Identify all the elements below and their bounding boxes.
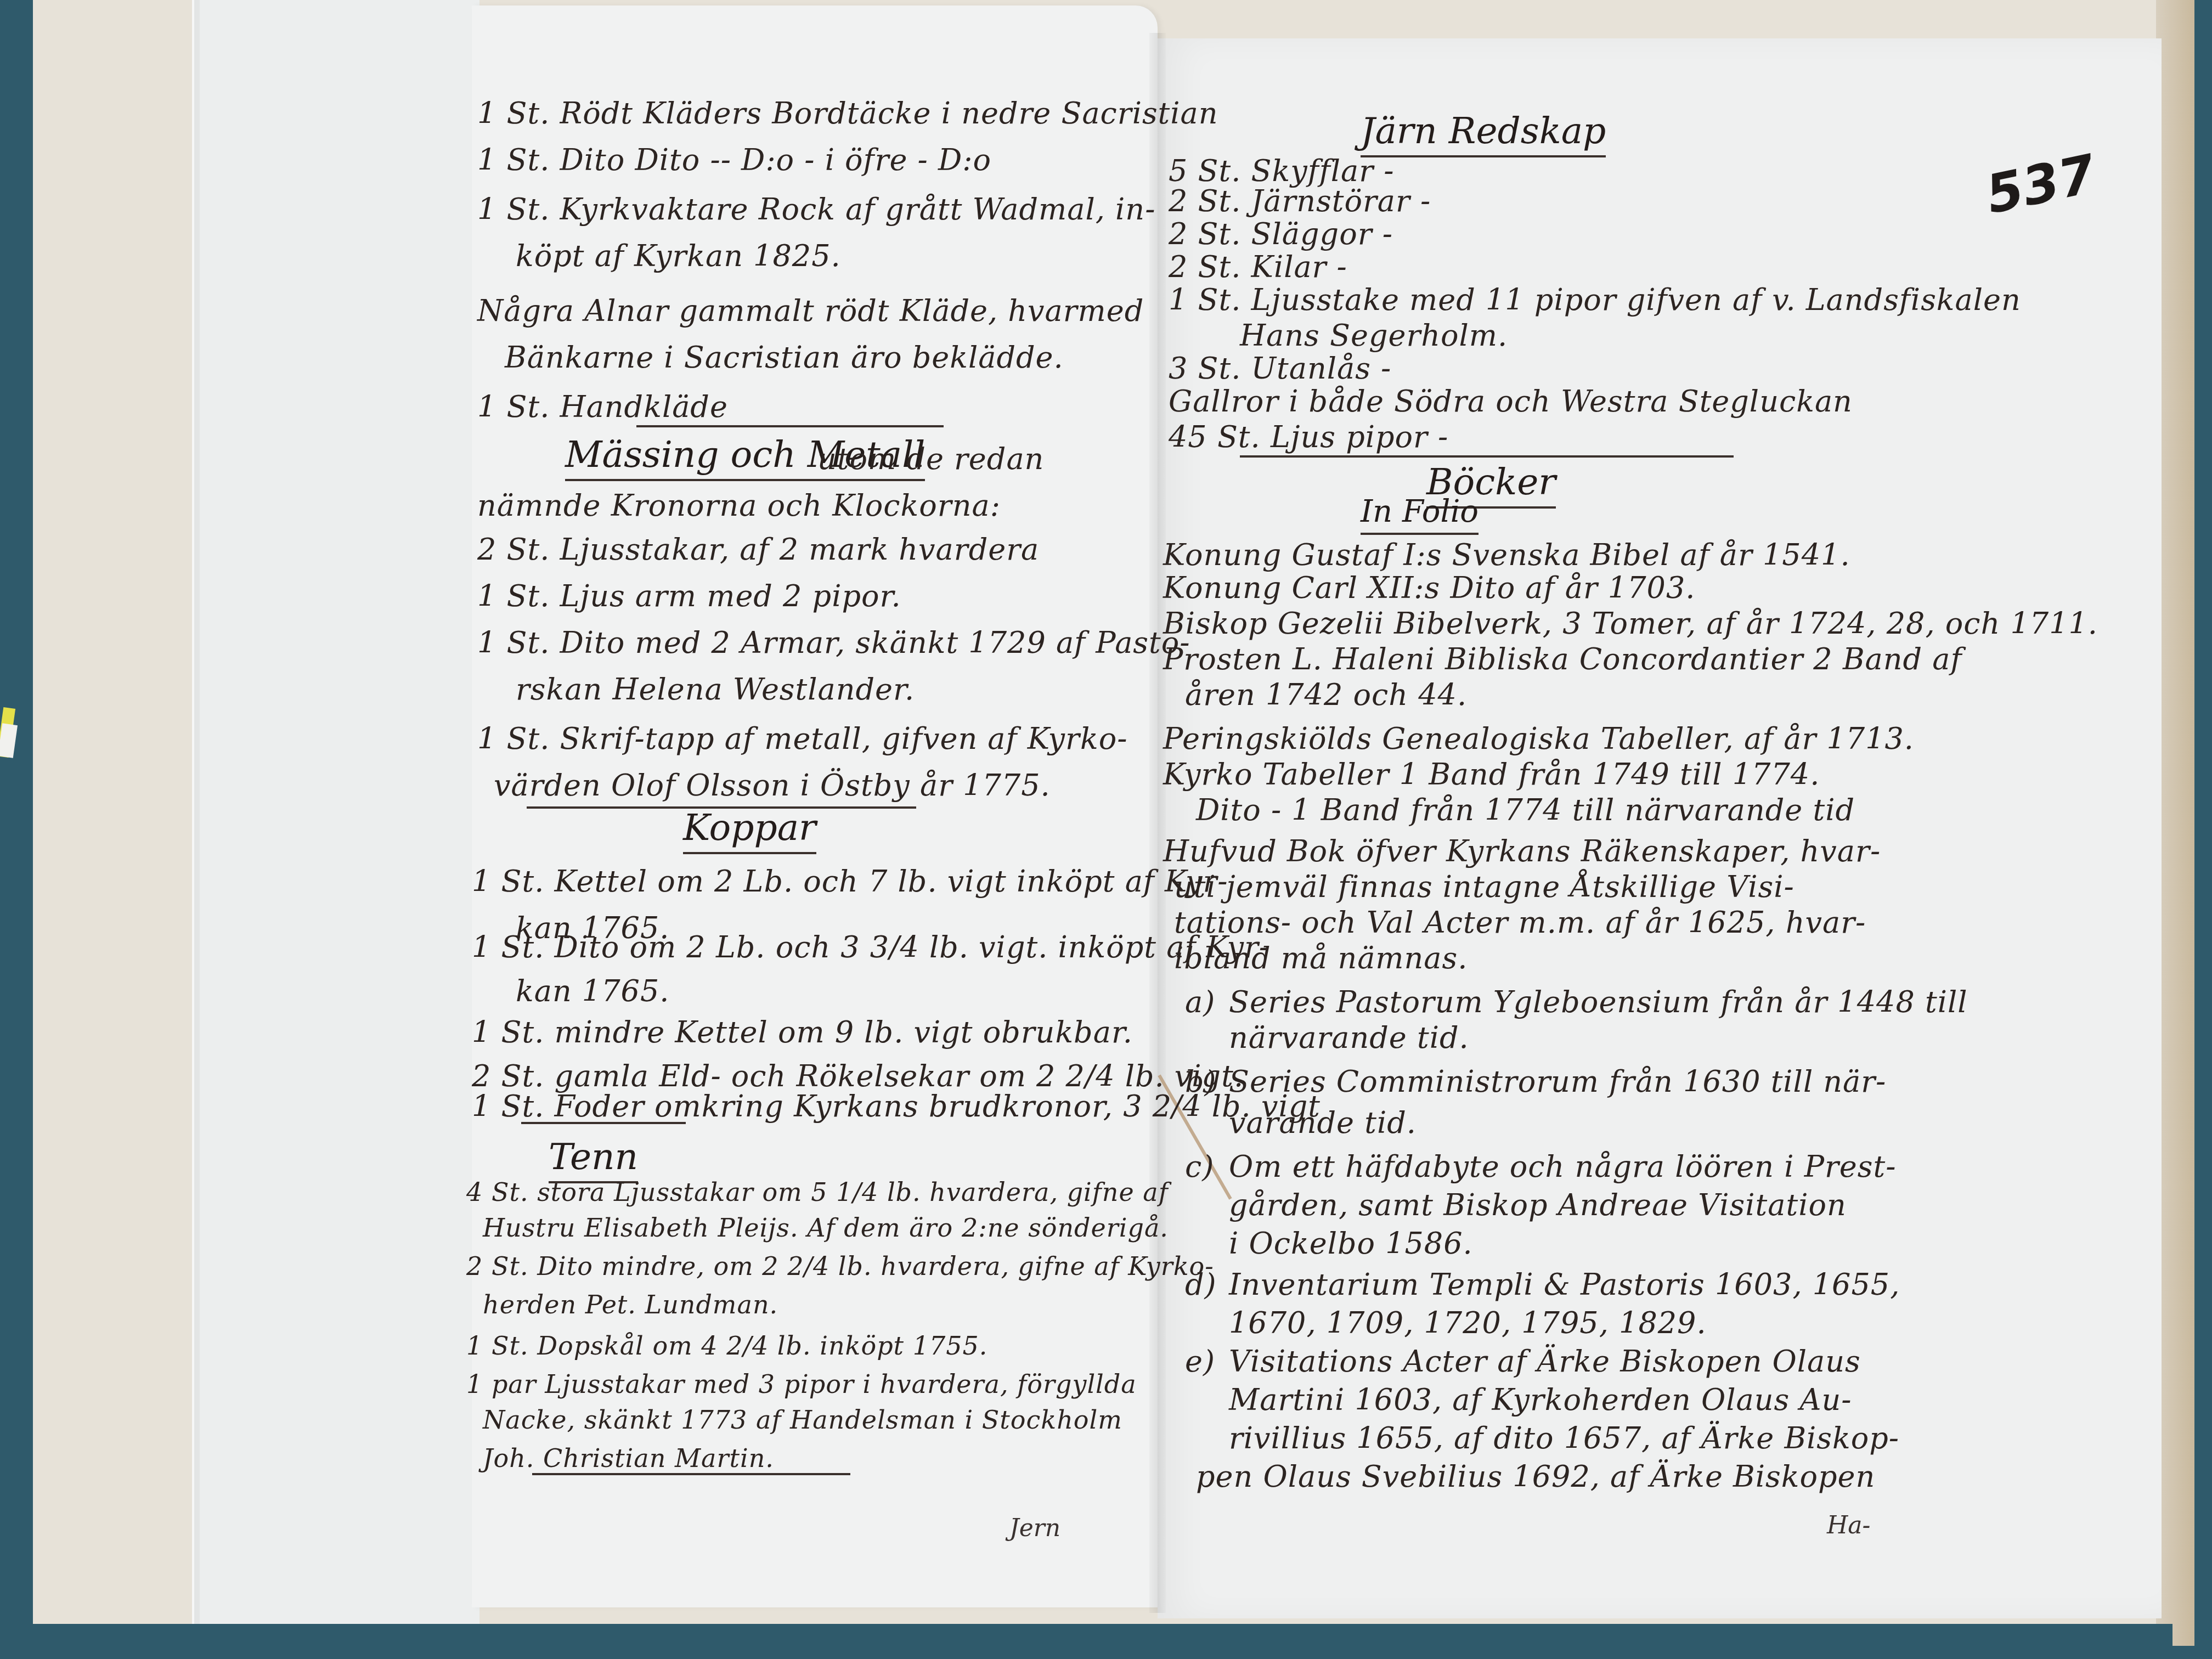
line: rskan Helena Westlander.: [516, 675, 915, 704]
line: 1670, 1709, 1720, 1795, 1829.: [1229, 1308, 1707, 1338]
line: Konung Gustaf I:s Svenska Bibel af år 15…: [1163, 540, 1850, 570]
line: 1 St. Skrif-tapp af metall, gifven af Ky…: [477, 724, 1127, 754]
line: 1 St. Dito Dito -- D:o - i öfre - D:o: [477, 145, 991, 175]
line: Dito - 1 Band från 1774 till närvarande …: [1196, 795, 1855, 825]
folder-edge: [2156, 0, 2194, 1646]
desk-surface: [33, 1624, 2172, 1659]
rule: [1240, 455, 1734, 458]
line: Bänkarne i Sacristian äro beklädde.: [505, 343, 1064, 373]
line: 1 St. Handkläde: [477, 392, 728, 422]
line: 5 St. Skyfflar -: [1169, 156, 1394, 186]
line: 1 St. Kyrkvaktare Rock af grått Wadmal, …: [477, 195, 1155, 224]
section-heading-jern: Järn Redskap: [1361, 110, 1606, 157]
line: 4 St. stora Ljusstakar om 5 1/4 lb. hvar…: [466, 1180, 1169, 1205]
line: 3 St. Utanlås -: [1169, 354, 1391, 383]
line: 1 St. Dito om 2 Lb. och 3 3/4 lb. vigt. …: [472, 933, 1269, 962]
line: utom de redan: [817, 444, 1044, 474]
line: 1 St. Dito med 2 Armar, skänkt 1729 af P…: [477, 628, 1190, 658]
line: 1 St. mindre Kettel om 9 lb. vigt obrukb…: [472, 1018, 1133, 1047]
line: Några Alnar gammalt rödt Kläde, hvarmed: [477, 296, 1144, 326]
line: uti jemväl finnas intagne Åtskillige Vis…: [1174, 872, 1795, 902]
line: rivillius 1655, af dito 1657, af Ärke Bi…: [1229, 1424, 1899, 1453]
section-heading-koppar: Koppar: [683, 806, 816, 854]
line: Prosten L. Haleni Bibliska Concordantier…: [1163, 645, 1962, 674]
line: 1 St. Ljus arm med 2 pipor.: [477, 582, 901, 611]
catchword: Ha-: [1827, 1511, 1870, 1539]
line: tations- och Val Acter m.m. af år 1625, …: [1174, 908, 1866, 938]
line: Hufvud Bok öfver Kyrkans Räkenskaper, hv…: [1163, 837, 1881, 866]
sub-item-marker: c): [1185, 1152, 1214, 1182]
section-heading-tenn: Tenn: [549, 1136, 638, 1183]
sub-item-marker: b): [1185, 1067, 1217, 1097]
line: Gallror i både Södra och Westra Stegluck…: [1169, 387, 1853, 416]
line: ibland må nämnas.: [1174, 944, 1468, 973]
line: i Ockelbo 1586.: [1229, 1229, 1473, 1259]
line: 1 St. Kettel om 2 Lb. och 7 lb. vigt ink…: [472, 867, 1228, 896]
line: varande tid.: [1229, 1108, 1417, 1138]
line: 2 St. Dito mindre, om 2 2/4 lb. hvardera…: [466, 1254, 1214, 1279]
line: Peringskiölds Genealogiska Tabeller, af …: [1163, 724, 1914, 754]
line: värden Olof Olsson i Östby år 1775.: [494, 771, 1051, 800]
line: Konung Carl XII:s Dito af år 1703.: [1163, 573, 1695, 603]
line: Hans Segerholm.: [1240, 321, 1508, 351]
rule: [636, 425, 944, 427]
line: Visitations Acter af Ärke Biskopen Olaus: [1229, 1347, 1861, 1376]
line: Martini 1603, af Kyrkoherden Olaus Au-: [1229, 1385, 1852, 1415]
line: 1 par Ljusstakar med 3 pipor i hvardera,…: [466, 1372, 1137, 1397]
line: 2 St. Ljusstakar, af 2 mark hvardera: [477, 535, 1039, 565]
line: 1 St. Ljusstake med 11 pipor gifven af v…: [1169, 285, 2021, 315]
line: 2 St. gamla Eld- och Rökelsekar om 2 2/4…: [472, 1062, 1244, 1091]
line: herden Pet. Lundman.: [483, 1292, 778, 1317]
line: 1 St. Rödt Kläders Bordtäcke i nedre Sac…: [477, 99, 1218, 128]
line: köpt af Kyrkan 1825.: [516, 241, 841, 271]
line: gården, samt Biskop Andreae Visitation: [1229, 1190, 1847, 1220]
paper-slip: [0, 723, 18, 758]
line: 2 St. Kilar -: [1169, 252, 1347, 282]
line: Kyrko Tabeller 1 Band från 1749 till 177…: [1163, 760, 1820, 789]
line: Inventarium Templi & Pastoris 1603, 1655…: [1229, 1270, 1900, 1300]
line: 2 St. Släggor -: [1169, 219, 1393, 249]
line: Biskop Gezelii Bibelverk, 3 Tomer, af år…: [1163, 609, 2098, 639]
subheading-in-folio: In Folio: [1361, 494, 1479, 535]
line: nämnde Kronorna och Klockorna:: [477, 491, 1001, 521]
line: åren 1742 och 44.: [1185, 680, 1467, 710]
line: Om ett häfdabyte och några löören i Pres…: [1229, 1152, 1896, 1182]
line: närvarande tid.: [1229, 1023, 1469, 1053]
rule: [521, 1122, 686, 1124]
sub-item-marker: e): [1185, 1347, 1215, 1376]
line: Hustru Elisabeth Pleijs. Af dem äro 2:ne…: [483, 1215, 1169, 1240]
catchword: Jern: [1009, 1514, 1060, 1542]
sub-item-marker: d): [1185, 1270, 1217, 1300]
sub-item-marker: a): [1185, 988, 1215, 1017]
line: 45 St. Ljus pipor -: [1169, 422, 1448, 452]
line: 2 St. Järnstörar -: [1169, 187, 1431, 216]
book-gutter: [1149, 33, 1166, 1613]
line: Nacke, skänkt 1773 af Handelsman i Stock…: [483, 1407, 1122, 1432]
line: Joh. Christian Martin.: [483, 1446, 774, 1471]
line: 1 St. Dopskål om 4 2/4 lb. inköpt 1755.: [466, 1333, 988, 1358]
line: pen Olaus Svebilius 1692, af Ärke Biskop…: [1196, 1462, 1875, 1492]
line: Series Pastorum Ygleboensium från år 144…: [1229, 988, 1967, 1017]
underlying-sheet: [192, 0, 479, 1624]
line: Series Comministrorum från 1630 till när…: [1229, 1067, 1886, 1097]
rule: [532, 1473, 850, 1475]
line: kan 1765.: [516, 977, 669, 1006]
